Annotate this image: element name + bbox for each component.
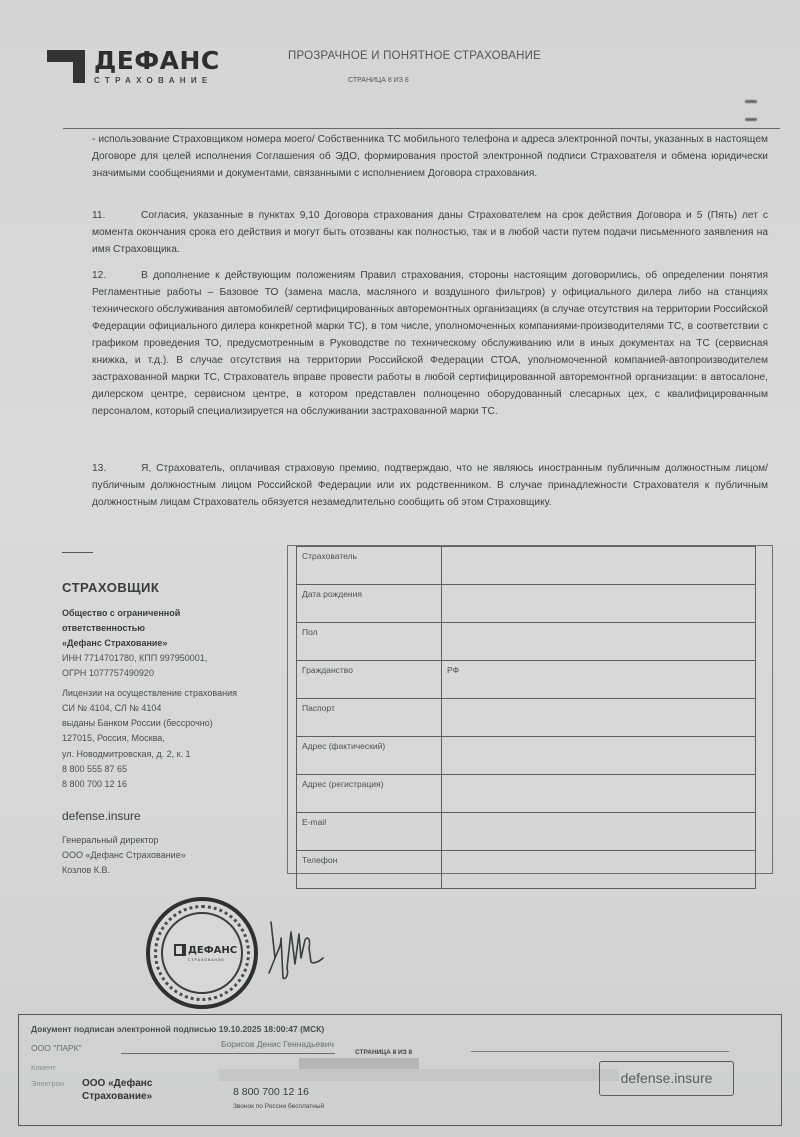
- logo-title: ДЕФАНС: [94, 48, 220, 74]
- footer-company: ООО «Дефанс Страхование»: [82, 1077, 152, 1103]
- director-org: ООО «Дефанс Страхование»: [62, 848, 282, 863]
- insurer-details: СТРАХОВЩИК Общество с ограниченной ответ…: [62, 580, 282, 879]
- form-label: Гражданство: [297, 661, 442, 699]
- form-row: Страхователь: [297, 547, 756, 585]
- form-value-field[interactable]: [442, 623, 756, 661]
- form-value-field[interactable]: [442, 585, 756, 623]
- clause-13: 13.Я, Страхователь, оплачивая страховую …: [92, 460, 768, 511]
- intro-paragraph: - использование Страховщиком номера моег…: [92, 131, 768, 182]
- stamp-logo-icon: [174, 944, 186, 956]
- insurer-address-street: ул. Новодмитровская, д. 2, к. 1: [62, 747, 282, 762]
- insurer-org-line: Общество с ограниченной: [62, 606, 282, 621]
- insurer-ogrn: ОГРН 1077757490920: [62, 666, 282, 681]
- insurer-website: defense.insure: [62, 809, 282, 823]
- insurer-org-name: «Дефанс Страхование»: [62, 636, 282, 651]
- clause-text: Я, Страхователь, оплачивая страховую пре…: [92, 463, 768, 508]
- clause-number: 11.: [92, 207, 141, 224]
- esignature-signed-line: Документ подписан электронной подписью 1…: [31, 1024, 324, 1034]
- logo-mark-icon: [47, 48, 87, 84]
- insurer-address: 127015, Россия, Москва,: [62, 731, 282, 746]
- form-label: Адрес (фактический): [297, 737, 442, 775]
- form-label: Пол: [297, 623, 442, 661]
- insurer-license: Лицензии на осуществление страхования: [62, 686, 282, 701]
- clause-11: 11.Согласия, указанные в пунктах 9,10 До…: [92, 207, 768, 258]
- insurer-org-line: ответственностью: [62, 621, 282, 636]
- esignature-org: ООО "ПАРК": [31, 1043, 82, 1053]
- form-value-field[interactable]: [442, 699, 756, 737]
- form-label: Адрес (регистрация): [297, 775, 442, 813]
- clause-text: Согласия, указанные в пунктах 9,10 Догов…: [92, 210, 768, 255]
- clause-number: 12.: [92, 267, 141, 284]
- stamp-logo-text: ДЕФАНС: [188, 945, 237, 956]
- form-row: Пол: [297, 623, 756, 661]
- form-row: E-mail: [297, 813, 756, 851]
- form-row: Адрес (регистрация): [297, 775, 756, 813]
- insurer-phone: 8 800 555 87 65: [62, 762, 282, 777]
- form-row: ГражданствоРФ: [297, 661, 756, 699]
- document-page: ДЕФАНС СТРАХОВАНИЕ ПРОЗРАЧНОЕ И ПОНЯТНОЕ…: [0, 0, 800, 1137]
- form-label: Телефон: [297, 851, 442, 889]
- form-value-field[interactable]: РФ: [442, 661, 756, 699]
- esignature-box: Документ подписан электронной подписью 1…: [18, 1014, 782, 1126]
- header-page-number: СТРАНИЦА 8 ИЗ 8: [348, 77, 409, 84]
- insurer-license-numbers: СИ № 4104, СЛ № 4104: [62, 701, 282, 716]
- insurer-phone: 8 800 700 12 16: [62, 777, 282, 792]
- clause-number: 13.: [92, 460, 141, 477]
- esignature-client-label: Клиент: [31, 1063, 56, 1072]
- form-row: Адрес (фактический): [297, 737, 756, 775]
- form-value-field[interactable]: [442, 547, 756, 585]
- stamp-logo-subtitle: СТРАХОВАНИЕ: [188, 958, 225, 962]
- esignature-signer: Борисов Денис Геннадьевич: [221, 1039, 334, 1049]
- handwritten-signature-icon: [265, 918, 327, 988]
- footer-rule: [471, 1051, 729, 1052]
- insurer-title: СТРАХОВЩИК: [62, 580, 282, 595]
- form-label: E-mail: [297, 813, 442, 851]
- form-value-field[interactable]: [442, 813, 756, 851]
- logo-subtitle: СТРАХОВАНИЕ: [94, 76, 220, 85]
- form-label: Дата рождения: [297, 585, 442, 623]
- signer-underline: [121, 1053, 335, 1054]
- form-value-field[interactable]: [442, 737, 756, 775]
- form-label: Паспорт: [297, 699, 442, 737]
- director-title: Генеральный директор: [62, 833, 282, 848]
- insurer-inn: ИНН 7714701780, КПП 997950001,: [62, 651, 282, 666]
- footer-company-line: Страхование»: [82, 1090, 152, 1103]
- company-logo: ДЕФАНС СТРАХОВАНИЕ: [47, 48, 220, 85]
- footer-company-line: ООО «Дефанс: [82, 1077, 152, 1090]
- form-row: Дата рождения: [297, 585, 756, 623]
- director-name: Козлов К.В.: [62, 863, 282, 878]
- clause-text: В дополнение к действующим положениям Пр…: [92, 270, 768, 417]
- corner-marks: [745, 90, 800, 126]
- header-tagline: ПРОЗРАЧНОЕ И ПОНЯТНОЕ СТРАХОВАНИЕ: [288, 50, 541, 62]
- form-value-field[interactable]: [442, 775, 756, 813]
- header-divider: [63, 128, 780, 129]
- policyholder-form: СтраховательДата рожденияПолГражданствоР…: [296, 546, 756, 889]
- clause-12: 12.В дополнение к действующим положениям…: [92, 267, 768, 420]
- footer-phone-note: Звонок по России бесплатный: [233, 1103, 324, 1110]
- form-value-field[interactable]: [442, 851, 756, 889]
- form-label: Страхователь: [297, 547, 442, 585]
- redaction-bar: [219, 1069, 619, 1081]
- footer-phone: 8 800 700 12 16: [233, 1086, 309, 1098]
- footer-website-link[interactable]: defense.insure: [599, 1061, 734, 1096]
- form-row: Паспорт: [297, 699, 756, 737]
- company-stamp: ДЕФАНС СТРАХОВАНИЕ: [146, 897, 258, 1009]
- esignature-electronic-label: Электрон: [31, 1079, 64, 1088]
- esignature-page-number: СТРАНИЦА 8 ИЗ 8: [355, 1049, 412, 1056]
- form-row: Телефон: [297, 851, 756, 889]
- insurer-license-issuer: выданы Банком России (бессрочно): [62, 716, 282, 731]
- section-divider: [62, 552, 93, 553]
